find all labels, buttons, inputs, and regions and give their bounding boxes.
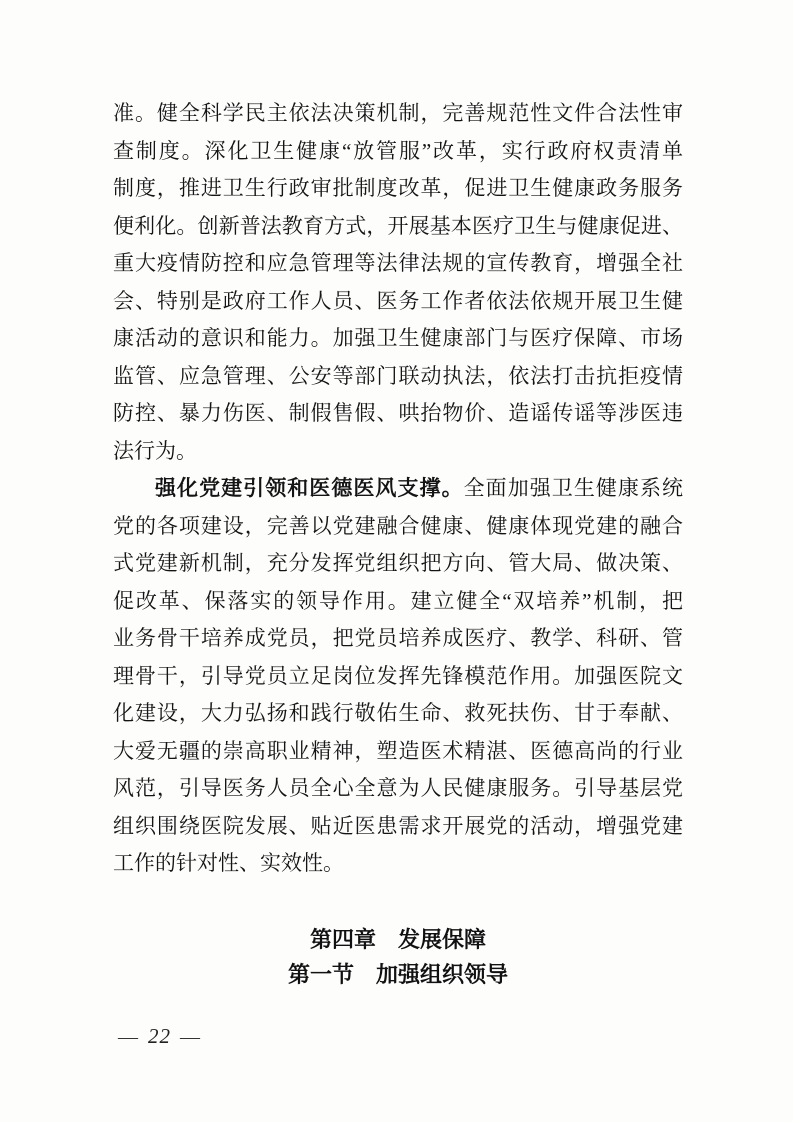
paragraph-line: 便利化。创新普法教育方式，开展基本医疗卫生与健康促进、: [113, 208, 683, 246]
paragraph-line: 准。健全科学民主依法决策机制，完善规范性文件合法性审: [113, 95, 683, 133]
paragraph-line: 大爱无疆的崇高职业精神，塑造医术精湛、医德高尚的行业: [113, 733, 683, 771]
paragraph-line: 化建设，大力弘扬和践行敬佑生命、救死扶伤、甘于奉献、: [113, 695, 683, 733]
paragraph-line: 业务骨干培养成党员，把党员培养成医疗、教学、科研、管: [113, 620, 683, 658]
paragraph-line: 制度，推进卫生行政审批制度改革，促进卫生健康政务服务: [113, 170, 683, 208]
paragraph-line: 会、特别是政府工作人员、医务工作者依法依规开展卫生健: [113, 283, 683, 321]
paragraph-line: 组织围绕医院发展、贴近医患需求开展党的活动，增强党建: [113, 808, 683, 846]
footer-dash-right: —: [180, 1026, 201, 1048]
page-number: 22: [148, 1024, 171, 1048]
footer-dash-left: —: [118, 1026, 139, 1048]
bold-run-in-heading: 强化党建引领和医德医风支撑。: [155, 477, 464, 500]
paragraph-line: 法行为。: [113, 433, 683, 471]
chapter-headings: 第四章 发展保障 第一节 加强组织领导: [113, 922, 683, 992]
paragraph-line: 强化党建引领和医德医风支撑。全面加强卫生健康系统: [113, 470, 683, 508]
paragraph-line: 监管、应急管理、公安等部门联动执法，依法打击抗拒疫情: [113, 358, 683, 396]
paragraph-line: 重大疫情防控和应急管理等法律法规的宣传教育，增强全社: [113, 245, 683, 283]
paragraph-line: 查制度。深化卫生健康“放管服”改革，实行政府权责清单: [113, 133, 683, 171]
body-text: 准。健全科学民主依法决策机制，完善规范性文件合法性审 查制度。深化卫生健康“放管…: [113, 95, 683, 883]
paragraph-text: 全面加强卫生健康系统: [464, 476, 683, 500]
paragraph-line: 促改革、保落实的领导作用。建立健全“双培养”机制，把: [113, 583, 683, 621]
chapter-heading: 第四章 发展保障: [113, 922, 683, 957]
paragraph-line: 风范，引导医务人员全心全意为人民健康服务。引导基层党: [113, 770, 683, 808]
paragraph-line: 工作的针对性、实效性。: [113, 845, 683, 883]
paragraph-line: 理骨干，引导党员立足岗位发挥先锋模范作用。加强医院文: [113, 658, 683, 696]
document-page: 准。健全科学民主依法决策机制，完善规范性文件合法性审 查制度。深化卫生健康“放管…: [0, 0, 793, 1122]
paragraph-line: 康活动的意识和能力。加强卫生健康部门与医疗保障、市场: [113, 320, 683, 358]
section-heading: 第一节 加强组织领导: [113, 957, 683, 992]
paragraph-line: 式党建新机制，充分发挥党组织把方向、管大局、做决策、: [113, 545, 683, 583]
paragraph-line: 党的各项建设，完善以党建融合健康、健康体现党建的融合: [113, 508, 683, 546]
page-footer: —22—: [118, 1022, 201, 1051]
paragraph-line: 防控、暴力伤医、制假售假、哄抬物价、造谣传谣等涉医违: [113, 395, 683, 433]
